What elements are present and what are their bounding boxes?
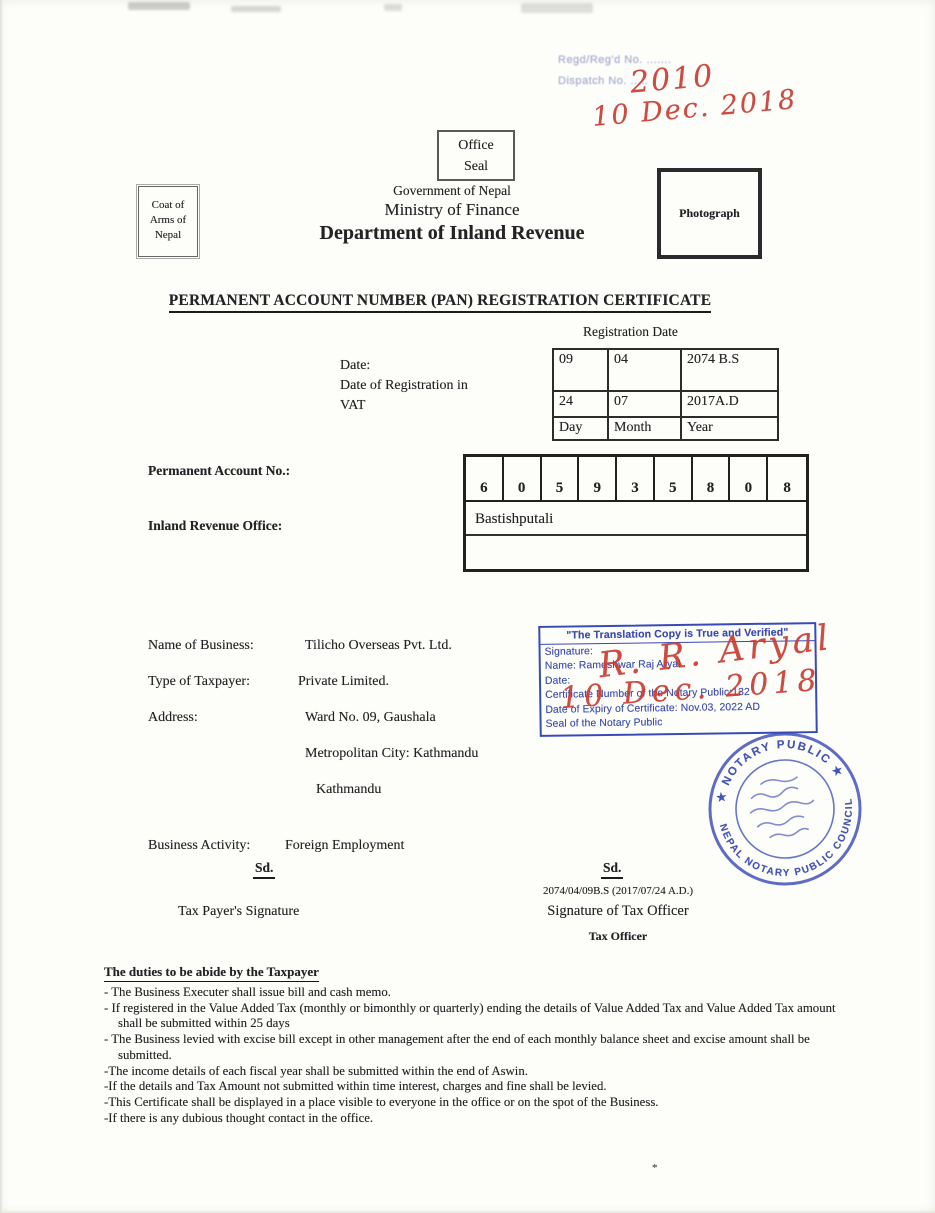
duties-section: The duties to be abide by the Taxpayer -… <box>104 963 852 1126</box>
pan-digit: 8 <box>768 457 806 500</box>
pan-digit: 0 <box>504 457 542 500</box>
reg-table-cell: Month <box>609 418 682 439</box>
pan-digit: 8 <box>693 457 731 500</box>
svg-text:★ NOTARY PUBLIC ★: ★ NOTARY PUBLIC ★ <box>704 726 847 806</box>
certificate-title: PERMANENT ACCOUNT NUMBER (PAN) REGISTRAT… <box>140 292 740 313</box>
registration-date-heading: Registration Date <box>583 324 678 340</box>
business-name-value: Tilicho Overseas Pvt. Ltd. <box>305 638 452 654</box>
certificate-title-text: PERMANENT ACCOUNT NUMBER (PAN) REGISTRAT… <box>169 292 712 313</box>
pan-certificate-page: Regd/Reg'd No. ....... Dispatch No. ....… <box>0 0 935 1213</box>
office-seal-box: Office Seal <box>437 130 515 181</box>
business-activity-label: Business Activity: <box>148 838 250 854</box>
coat-of-arms-box: Coat of Arms of Nepal <box>138 186 198 257</box>
reg-table-cell: 07 <box>609 392 682 418</box>
taxpayer-sd-mark: Sd. <box>253 860 275 879</box>
address-label: Address: <box>148 710 198 726</box>
coat-of-arms-label: Nepal <box>139 228 197 243</box>
reg-table-cell: 09 <box>554 350 609 392</box>
address-line: Kathmandu <box>316 782 381 798</box>
taxpayer-type-label: Type of Taxpayer: <box>148 674 250 690</box>
duty-item: -The income details of each fiscal year … <box>104 1064 852 1080</box>
coat-of-arms-label: Arms of <box>139 213 197 228</box>
inland-revenue-office-label: Inland Revenue Office: <box>148 518 282 534</box>
vat-registration-label: Date of Registration in <box>340 376 468 396</box>
duty-item: -This Certificate shall be displayed in … <box>104 1095 852 1111</box>
vat-registration-label: VAT <box>340 396 468 416</box>
office-seal-label: Office <box>439 135 513 156</box>
notary-public-seal: ★ NOTARY PUBLIC ★ NEPAL NOTARY PUBLIC CO… <box>691 715 878 902</box>
address-line: Metropolitan City: Kathmandu <box>305 746 478 762</box>
scan-edge <box>0 0 3 1213</box>
date-label: Date: <box>340 356 468 376</box>
duty-item: -If the details and Tax Amount not submi… <box>104 1079 852 1095</box>
photograph-box: Photograph <box>657 168 762 259</box>
taxpayer-type-value: Private Limited. <box>298 674 389 690</box>
pan-number-box: 6 0 5 9 3 5 8 0 8 Bastishputali <box>463 454 809 572</box>
svg-text:NEPAL NOTARY PUBLIC COUNCIL: NEPAL NOTARY PUBLIC COUNCIL <box>717 796 868 892</box>
pan-digit: 0 <box>730 457 768 500</box>
pan-digit: 5 <box>655 457 693 500</box>
registration-date-labels: Date: Date of Registration in VAT <box>340 356 468 416</box>
taxpayer-signature-caption: Tax Payer's Signature <box>178 904 299 920</box>
officer-role: Tax Officer <box>513 929 723 944</box>
duty-item: -If there is any dubious thought contact… <box>104 1111 852 1127</box>
officer-signature-date: 2074/04/09B.S (2017/07/24 A.D.) <box>513 885 723 897</box>
pan-digit-grid: 6 0 5 9 3 5 8 0 8 <box>466 457 806 502</box>
scan-artifact <box>521 3 593 13</box>
pan-digit: 3 <box>617 457 655 500</box>
notary-seal-graphic: ★ NOTARY PUBLIC ★ NEPAL NOTARY PUBLIC CO… <box>691 715 878 902</box>
scan-artifact <box>128 2 190 10</box>
business-activity-value: Foreign Employment <box>285 838 404 854</box>
stray-mark: * <box>652 1162 658 1174</box>
department-line: Department of Inland Revenue <box>252 222 652 245</box>
government-header: Government of Nepal Ministry of Finance … <box>252 183 652 245</box>
reg-table-cell: 2017A.D <box>682 392 777 418</box>
pan-digit: 9 <box>579 457 617 500</box>
reg-table-cell: 2074 B.S <box>682 350 777 392</box>
reg-table-cell: Year <box>682 418 777 439</box>
reg-table-cell: 04 <box>609 350 682 392</box>
officer-signature-caption: Signature of Tax Officer <box>513 903 723 920</box>
government-line: Government of Nepal <box>252 183 652 199</box>
business-name-label: Name of Business: <box>148 638 254 654</box>
duty-item: - The Business levied with excise bill e… <box>104 1032 852 1063</box>
pan-digit: 5 <box>542 457 580 500</box>
photograph-label: Photograph <box>679 206 740 221</box>
ministry-line: Ministry of Finance <box>252 200 652 220</box>
notary-seal-ring-bottom-text: NEPAL NOTARY PUBLIC COUNCIL <box>717 796 868 892</box>
duty-item: - If registered in the Value Added Tax (… <box>104 1001 852 1032</box>
reg-table-cell: Day <box>554 418 609 439</box>
notary-seal-ring-top-text: ★ NOTARY PUBLIC ★ <box>704 726 847 806</box>
coat-of-arms-label: Coat of <box>139 198 197 213</box>
scan-artifact <box>231 6 281 12</box>
inland-revenue-office-value: Bastishputali <box>466 502 806 536</box>
pan-number-label: Permanent Account No.: <box>148 463 290 479</box>
notary-seal-inner-marks <box>744 772 820 843</box>
reg-table-cell: 24 <box>554 392 609 418</box>
scan-artifact <box>384 4 402 11</box>
registration-date-table: 09 04 2074 B.S 24 07 2017A.D Day Month Y… <box>552 348 779 441</box>
pan-digit: 6 <box>466 457 504 500</box>
duties-heading: The duties to be abide by the Taxpayer <box>104 964 319 982</box>
address-line: Ward No. 09, Gaushala <box>305 710 436 726</box>
office-seal-label: Seal <box>439 156 513 177</box>
duty-item: - The Business Executer shall issue bill… <box>104 985 852 1001</box>
officer-sd-mark: Sd. <box>601 860 623 879</box>
